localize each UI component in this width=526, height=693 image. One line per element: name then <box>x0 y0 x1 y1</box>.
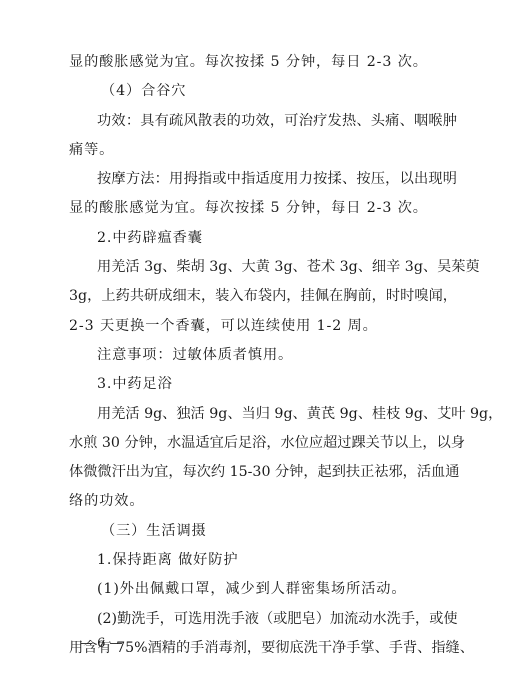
page-number: — 6 — <box>80 636 123 651</box>
paragraph-line: 痛等。 <box>69 136 457 165</box>
section-heading: 1.保持距离 做好防护 <box>69 546 457 575</box>
paragraph-line: 2-3 天更换一个香囊，可以连续使用 1-2 周。 <box>69 312 457 341</box>
paragraph-line: 用羌活 9g、独活 9g、当归 9g、黄芪 9g、桂枝 9g、艾叶 9g， <box>69 400 457 429</box>
section-heading: 2.中药辟瘟香囊 <box>69 224 457 253</box>
document-page: 显的酸胀感觉为宜。每次按揉 5 分钟，每日 2-3 次。 （4）合谷穴 功效：具… <box>69 48 457 663</box>
paragraph-line: 水煎 30 分钟，水温适宜后足浴，水位应超过踝关节以上，以身 <box>69 429 457 458</box>
paragraph-line: 注意事项：过敏体质者慎用。 <box>69 341 457 370</box>
paragraph-line: 体微微汗出为宜，每次约 15-30 分钟，起到扶正祛邪，活血通 <box>69 458 457 487</box>
paragraph-line: 按摩方法：用拇指或中指适度用力按揉、按压，以出现明 <box>69 165 457 194</box>
paragraph-line: 功效：具有疏风散表的功效，可治疗发热、头痛、咽喉肿 <box>69 107 457 136</box>
section-heading: （三）生活调摄 <box>69 517 457 546</box>
paragraph-line: 显的酸胀感觉为宜。每次按揉 5 分钟，每日 2-3 次。 <box>69 48 457 77</box>
section-heading: （4）合谷穴 <box>69 77 457 106</box>
paragraph-line: 用含有 75%酒精的手消毒剂，要彻底洗干净手掌、手背、指缝、 <box>69 634 457 663</box>
paragraph-line: (1)外出佩戴口罩，减少到人群密集场所活动。 <box>69 575 457 604</box>
paragraph-line: 显的酸胀感觉为宜。每次按揉 5 分钟，每日 2-3 次。 <box>69 194 457 223</box>
paragraph-line: 络的功效。 <box>69 487 457 516</box>
paragraph-line: 3g，上药共研成细末，装入布袋内，挂佩在胸前，时时嗅闻， <box>69 282 457 311</box>
paragraph-line: 用羌活 3g、柴胡 3g、大黄 3g、苍术 3g、细辛 3g、吴茱萸 <box>69 253 457 282</box>
section-heading: 3.中药足浴 <box>69 370 457 399</box>
paragraph-line: (2)勤洗手，可选用洗手液（或肥皂）加流动水洗手，或使 <box>69 605 457 634</box>
